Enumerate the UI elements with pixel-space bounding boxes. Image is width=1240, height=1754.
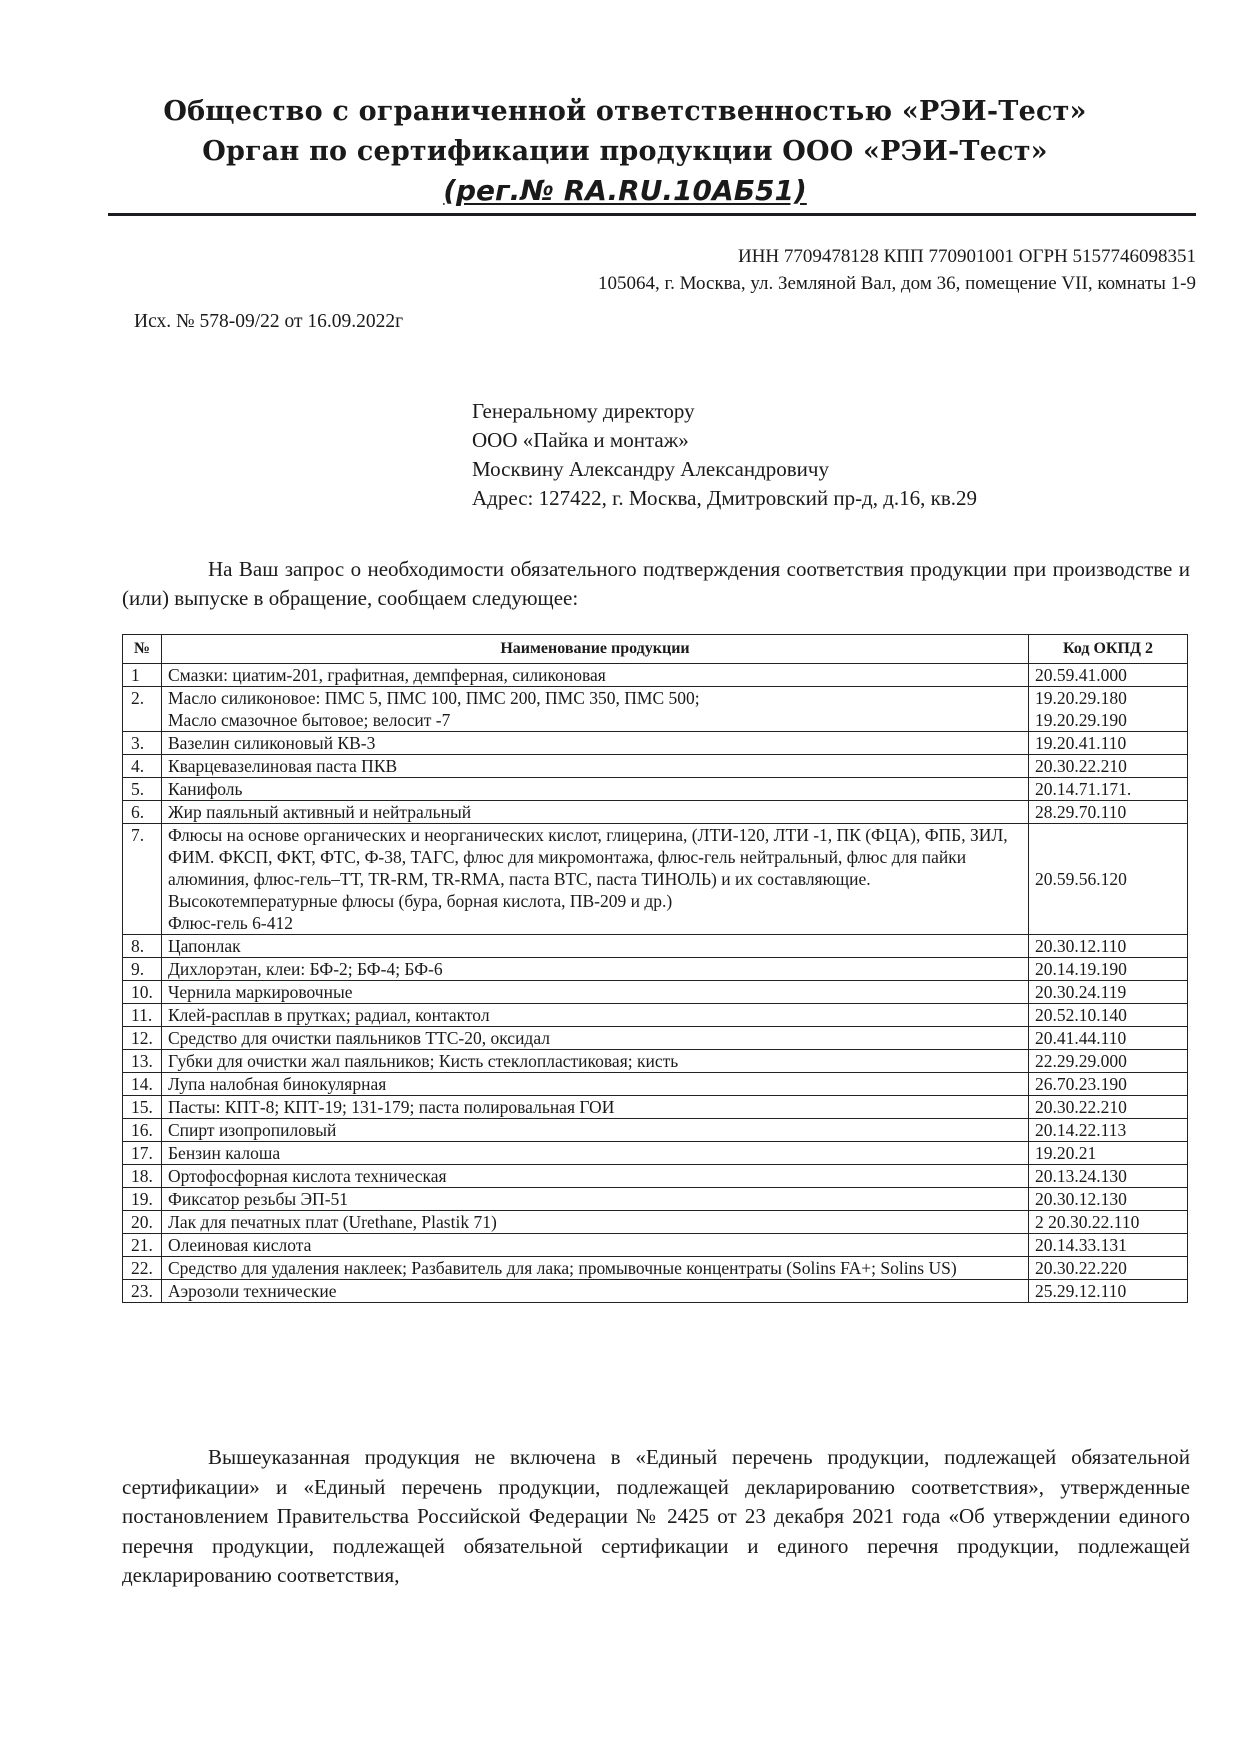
okpd-code: 25.29.12.110 bbox=[1029, 1280, 1188, 1303]
product-name: Лак для печатных плат (Urethane, Plastik… bbox=[162, 1211, 1029, 1234]
product-name-line: Олеиновая кислота bbox=[168, 1234, 1022, 1256]
col-header-name: Наименование продукции bbox=[162, 635, 1029, 664]
table-row: 21.Олеиновая кислота20.14.33.131 bbox=[123, 1234, 1188, 1257]
products-table: № Наименование продукции Код ОКПД 2 1Сма… bbox=[122, 634, 1188, 1303]
product-name: Флюсы на основе органических и неорганич… bbox=[162, 824, 1029, 935]
table-row: 13.Губки для очистки жал паяльников; Кис… bbox=[123, 1050, 1188, 1073]
addressee-company: ООО «Пайка и монтаж» bbox=[472, 426, 977, 455]
product-name-line: Лупа налобная бинокулярная bbox=[168, 1073, 1022, 1095]
table-row: 17.Бензин калоша19.20.21 bbox=[123, 1142, 1188, 1165]
cert-body-name: Орган по сертификации продукции ООО «РЭИ… bbox=[110, 132, 1140, 172]
table-row: 3.Вазелин силиконовый КВ-319.20.41.110 bbox=[123, 732, 1188, 755]
table-row: 6.Жир паяльный активный и нейтральный28.… bbox=[123, 801, 1188, 824]
okpd-code-line: 20.30.12.110 bbox=[1035, 935, 1181, 957]
product-name-line: Лак для печатных плат (Urethane, Plastik… bbox=[168, 1211, 1022, 1233]
table-row: 11.Клей-расплав в прутках; радиал, конта… bbox=[123, 1004, 1188, 1027]
okpd-code: 28.29.70.110 bbox=[1029, 801, 1188, 824]
col-header-num: № bbox=[123, 635, 162, 664]
table-row: 14.Лупа налобная бинокулярная26.70.23.19… bbox=[123, 1073, 1188, 1096]
registration-number: (рег.№ RA.RU.10АБ51) bbox=[110, 172, 1140, 210]
product-name-line: Клей-расплав в прутках; радиал, контакто… bbox=[168, 1004, 1022, 1026]
okpd-code-line: 19.20.29.190 bbox=[1035, 709, 1181, 731]
row-number: 14. bbox=[123, 1073, 162, 1096]
row-number: 20. bbox=[123, 1211, 162, 1234]
product-name-line: Флюсы на основе органических и неорганич… bbox=[168, 824, 1022, 890]
okpd-code: 20.41.44.110 bbox=[1029, 1027, 1188, 1050]
addressee-name: Москвину Александру Александровичу bbox=[472, 455, 977, 484]
row-number: 3. bbox=[123, 732, 162, 755]
table-row: 20.Лак для печатных плат (Urethane, Plas… bbox=[123, 1211, 1188, 1234]
okpd-code-line: 26.70.23.190 bbox=[1035, 1073, 1181, 1095]
table-row: 5.Канифоль20.14.71.171. bbox=[123, 778, 1188, 801]
row-number: 1 bbox=[123, 664, 162, 687]
okpd-code-line: 20.30.22.220 bbox=[1035, 1257, 1181, 1279]
row-number: 12. bbox=[123, 1027, 162, 1050]
product-name: Цапонлак bbox=[162, 935, 1029, 958]
okpd-code-line: 20.30.24.119 bbox=[1035, 981, 1181, 1003]
okpd-code-line: 20.30.22.210 bbox=[1035, 1096, 1181, 1118]
company-requisites: ИНН 7709478128 КПП 770901001 ОГРН 515774… bbox=[598, 243, 1196, 297]
row-number: 18. bbox=[123, 1165, 162, 1188]
table-row: 22.Средство для удаления наклеек; Разбав… bbox=[123, 1257, 1188, 1280]
row-number: 5. bbox=[123, 778, 162, 801]
okpd-code-line: 25.29.12.110 bbox=[1035, 1280, 1181, 1302]
product-name-line: Канифоль bbox=[168, 778, 1022, 800]
org-name: Общество с ограниченной ответственностью… bbox=[110, 92, 1140, 132]
okpd-code-line: 20.14.19.190 bbox=[1035, 958, 1181, 980]
product-name: Бензин калоша bbox=[162, 1142, 1029, 1165]
product-name-line: Масло смазочное бытовое; велосит -7 bbox=[168, 709, 1022, 731]
product-name-line: Вазелин силиконовый КВ-3 bbox=[168, 732, 1022, 754]
product-name-line: Цапонлак bbox=[168, 935, 1022, 957]
okpd-code: 19.20.21 bbox=[1029, 1142, 1188, 1165]
row-number: 13. bbox=[123, 1050, 162, 1073]
product-name-line: Пасты: КПТ-8; КПТ-19; 131-179; паста пол… bbox=[168, 1096, 1022, 1118]
product-name: Канифоль bbox=[162, 778, 1029, 801]
okpd-code: 20.14.71.171. bbox=[1029, 778, 1188, 801]
row-number: 21. bbox=[123, 1234, 162, 1257]
product-name-line: Губки для очистки жал паяльников; Кисть … bbox=[168, 1050, 1022, 1072]
product-name: Спирт изопропиловый bbox=[162, 1119, 1029, 1142]
okpd-code-line: 22.29.29.000 bbox=[1035, 1050, 1181, 1072]
product-name-line: Кварцевазелиновая паста ПКВ bbox=[168, 755, 1022, 777]
table-row: 2.Масло силиконовое: ПМС 5, ПМС 100, ПМС… bbox=[123, 687, 1188, 732]
product-name: Смазки: циатим-201, графитная, демпферна… bbox=[162, 664, 1029, 687]
table-row: 8.Цапонлак20.30.12.110 bbox=[123, 935, 1188, 958]
row-number: 16. bbox=[123, 1119, 162, 1142]
row-number: 22. bbox=[123, 1257, 162, 1280]
okpd-code: 20.14.22.113 bbox=[1029, 1119, 1188, 1142]
okpd-code-line: 20.13.24.130 bbox=[1035, 1165, 1181, 1187]
intro-paragraph: На Ваш запрос о необходимости обязательн… bbox=[122, 555, 1190, 613]
okpd-code-line: 20.41.44.110 bbox=[1035, 1027, 1181, 1049]
product-name: Аэрозоли технические bbox=[162, 1280, 1029, 1303]
product-name-line: Средство для очистки паяльников ТТС-20, … bbox=[168, 1027, 1022, 1049]
okpd-code-line: 19.20.21 bbox=[1035, 1142, 1181, 1164]
product-name-line: Дихлорэтан, клеи: БФ-2; БФ-4; БФ-6 bbox=[168, 958, 1022, 980]
table-row: 15.Пасты: КПТ-8; КПТ-19; 131-179; паста … bbox=[123, 1096, 1188, 1119]
product-name: Кварцевазелиновая паста ПКВ bbox=[162, 755, 1029, 778]
row-number: 23. bbox=[123, 1280, 162, 1303]
product-name: Средство для удаления наклеек; Разбавите… bbox=[162, 1257, 1029, 1280]
table-row: 19.Фиксатор резьбы ЭП-5120.30.12.130 bbox=[123, 1188, 1188, 1211]
okpd-code-line: 20.59.41.000 bbox=[1035, 664, 1181, 686]
product-name-line: Аэрозоли технические bbox=[168, 1280, 1022, 1302]
product-name-line: Ортофосфорная кислота техническая bbox=[168, 1165, 1022, 1187]
letterhead: Общество с ограниченной ответственностью… bbox=[110, 92, 1140, 210]
product-name: Жир паяльный активный и нейтральный bbox=[162, 801, 1029, 824]
okpd-code: 20.30.12.110 bbox=[1029, 935, 1188, 958]
okpd-code: 20.59.41.000 bbox=[1029, 664, 1188, 687]
table-row: 7.Флюсы на основе органических и неорган… bbox=[123, 824, 1188, 935]
col-header-code: Код ОКПД 2 bbox=[1029, 635, 1188, 664]
okpd-code: 20.30.24.119 bbox=[1029, 981, 1188, 1004]
row-number: 15. bbox=[123, 1096, 162, 1119]
row-number: 7. bbox=[123, 824, 162, 935]
okpd-code-line: 20.14.33.131 bbox=[1035, 1234, 1181, 1256]
row-number: 6. bbox=[123, 801, 162, 824]
okpd-code-line: 20.14.71.171. bbox=[1035, 778, 1181, 800]
product-name: Лупа налобная бинокулярная bbox=[162, 1073, 1029, 1096]
row-number: 19. bbox=[123, 1188, 162, 1211]
row-number: 8. bbox=[123, 935, 162, 958]
okpd-code-line: 20.30.12.130 bbox=[1035, 1188, 1181, 1210]
table-row: 9.Дихлорэтан, клеи: БФ-2; БФ-4; БФ-620.1… bbox=[123, 958, 1188, 981]
product-name-line: Бензин калоша bbox=[168, 1142, 1022, 1164]
okpd-code: 20.30.12.130 bbox=[1029, 1188, 1188, 1211]
product-name-line: Флюс-гель 6-412 bbox=[168, 912, 1022, 934]
product-name: Губки для очистки жал паяльников; Кисть … bbox=[162, 1050, 1029, 1073]
okpd-code: 19.20.29.18019.20.29.190 bbox=[1029, 687, 1188, 732]
product-name: Дихлорэтан, клеи: БФ-2; БФ-4; БФ-6 bbox=[162, 958, 1029, 981]
row-number: 9. bbox=[123, 958, 162, 981]
table-row: 10.Чернила маркировочные20.30.24.119 bbox=[123, 981, 1188, 1004]
okpd-code-line: 20.14.22.113 bbox=[1035, 1119, 1181, 1141]
product-name: Ортофосфорная кислота техническая bbox=[162, 1165, 1029, 1188]
product-name: Клей-расплав в прутках; радиал, контакто… bbox=[162, 1004, 1029, 1027]
okpd-code: 20.30.22.220 bbox=[1029, 1257, 1188, 1280]
row-number: 11. bbox=[123, 1004, 162, 1027]
product-name-line: Высокотемпературные флюсы (бура, борная … bbox=[168, 890, 1022, 912]
table-row: 4.Кварцевазелиновая паста ПКВ20.30.22.21… bbox=[123, 755, 1188, 778]
product-name: Средство для очистки паяльников ТТС-20, … bbox=[162, 1027, 1029, 1050]
product-name-line: Смазки: циатим-201, графитная, демпферна… bbox=[168, 664, 1022, 686]
row-number: 10. bbox=[123, 981, 162, 1004]
okpd-code: 20.30.22.210 bbox=[1029, 1096, 1188, 1119]
okpd-code: 20.14.33.131 bbox=[1029, 1234, 1188, 1257]
okpd-code-line: 2 20.30.22.110 bbox=[1035, 1211, 1181, 1233]
product-name-line: Спирт изопропиловый bbox=[168, 1119, 1022, 1141]
outgoing-reference: Исх. № 578-09/22 от 16.09.2022г bbox=[134, 311, 403, 333]
okpd-code-line: 20.52.10.140 bbox=[1035, 1004, 1181, 1026]
product-name-line: Средство для удаления наклеек; Разбавите… bbox=[168, 1257, 1022, 1279]
row-number: 4. bbox=[123, 755, 162, 778]
addressee-position: Генеральному директору bbox=[472, 397, 977, 426]
closing-paragraph: Вышеуказанная продукция не включена в «Е… bbox=[122, 1443, 1190, 1591]
company-address: 105064, г. Москва, ул. Земляной Вал, дом… bbox=[598, 270, 1196, 297]
product-name: Олеиновая кислота bbox=[162, 1234, 1029, 1257]
okpd-code: 20.13.24.130 bbox=[1029, 1165, 1188, 1188]
okpd-code-line: 19.20.29.180 bbox=[1035, 687, 1181, 709]
table-row: 23.Аэрозоли технические25.29.12.110 bbox=[123, 1280, 1188, 1303]
okpd-code: 20.52.10.140 bbox=[1029, 1004, 1188, 1027]
row-number: 17. bbox=[123, 1142, 162, 1165]
tax-ids: ИНН 7709478128 КПП 770901001 ОГРН 515774… bbox=[598, 243, 1196, 270]
product-name: Пасты: КПТ-8; КПТ-19; 131-179; паста пол… bbox=[162, 1096, 1029, 1119]
okpd-code: 22.29.29.000 bbox=[1029, 1050, 1188, 1073]
product-name-line: Жир паяльный активный и нейтральный bbox=[168, 801, 1022, 823]
row-number: 2. bbox=[123, 687, 162, 732]
header-divider bbox=[108, 213, 1196, 216]
okpd-code: 20.14.19.190 bbox=[1029, 958, 1188, 981]
okpd-code-line: 28.29.70.110 bbox=[1035, 801, 1181, 823]
table-row: 16.Спирт изопропиловый20.14.22.113 bbox=[123, 1119, 1188, 1142]
product-name: Чернила маркировочные bbox=[162, 981, 1029, 1004]
okpd-code: 2 20.30.22.110 bbox=[1029, 1211, 1188, 1234]
okpd-code-line: 20.59.56.120 bbox=[1035, 868, 1181, 890]
okpd-code-line: 19.20.41.110 bbox=[1035, 732, 1181, 754]
product-name: Вазелин силиконовый КВ-3 bbox=[162, 732, 1029, 755]
addressee-address: Адрес: 127422, г. Москва, Дмитровский пр… bbox=[472, 484, 977, 513]
okpd-code: 19.20.41.110 bbox=[1029, 732, 1188, 755]
okpd-code: 20.59.56.120 bbox=[1029, 824, 1188, 935]
product-name-line: Масло силиконовое: ПМС 5, ПМС 100, ПМС 2… bbox=[168, 687, 1022, 709]
product-name-line: Чернила маркировочные bbox=[168, 981, 1022, 1003]
table-header-row: № Наименование продукции Код ОКПД 2 bbox=[123, 635, 1188, 664]
table-row: 1Смазки: циатим-201, графитная, демпферн… bbox=[123, 664, 1188, 687]
table-row: 18.Ортофосфорная кислота техническая20.1… bbox=[123, 1165, 1188, 1188]
addressee-block: Генеральному директору ООО «Пайка и монт… bbox=[472, 397, 977, 513]
table-row: 12.Средство для очистки паяльников ТТС-2… bbox=[123, 1027, 1188, 1050]
okpd-code-line: 20.30.22.210 bbox=[1035, 755, 1181, 777]
okpd-code: 20.30.22.210 bbox=[1029, 755, 1188, 778]
okpd-code: 26.70.23.190 bbox=[1029, 1073, 1188, 1096]
product-name-line: Фиксатор резьбы ЭП-51 bbox=[168, 1188, 1022, 1210]
product-name: Фиксатор резьбы ЭП-51 bbox=[162, 1188, 1029, 1211]
product-name: Масло силиконовое: ПМС 5, ПМС 100, ПМС 2… bbox=[162, 687, 1029, 732]
